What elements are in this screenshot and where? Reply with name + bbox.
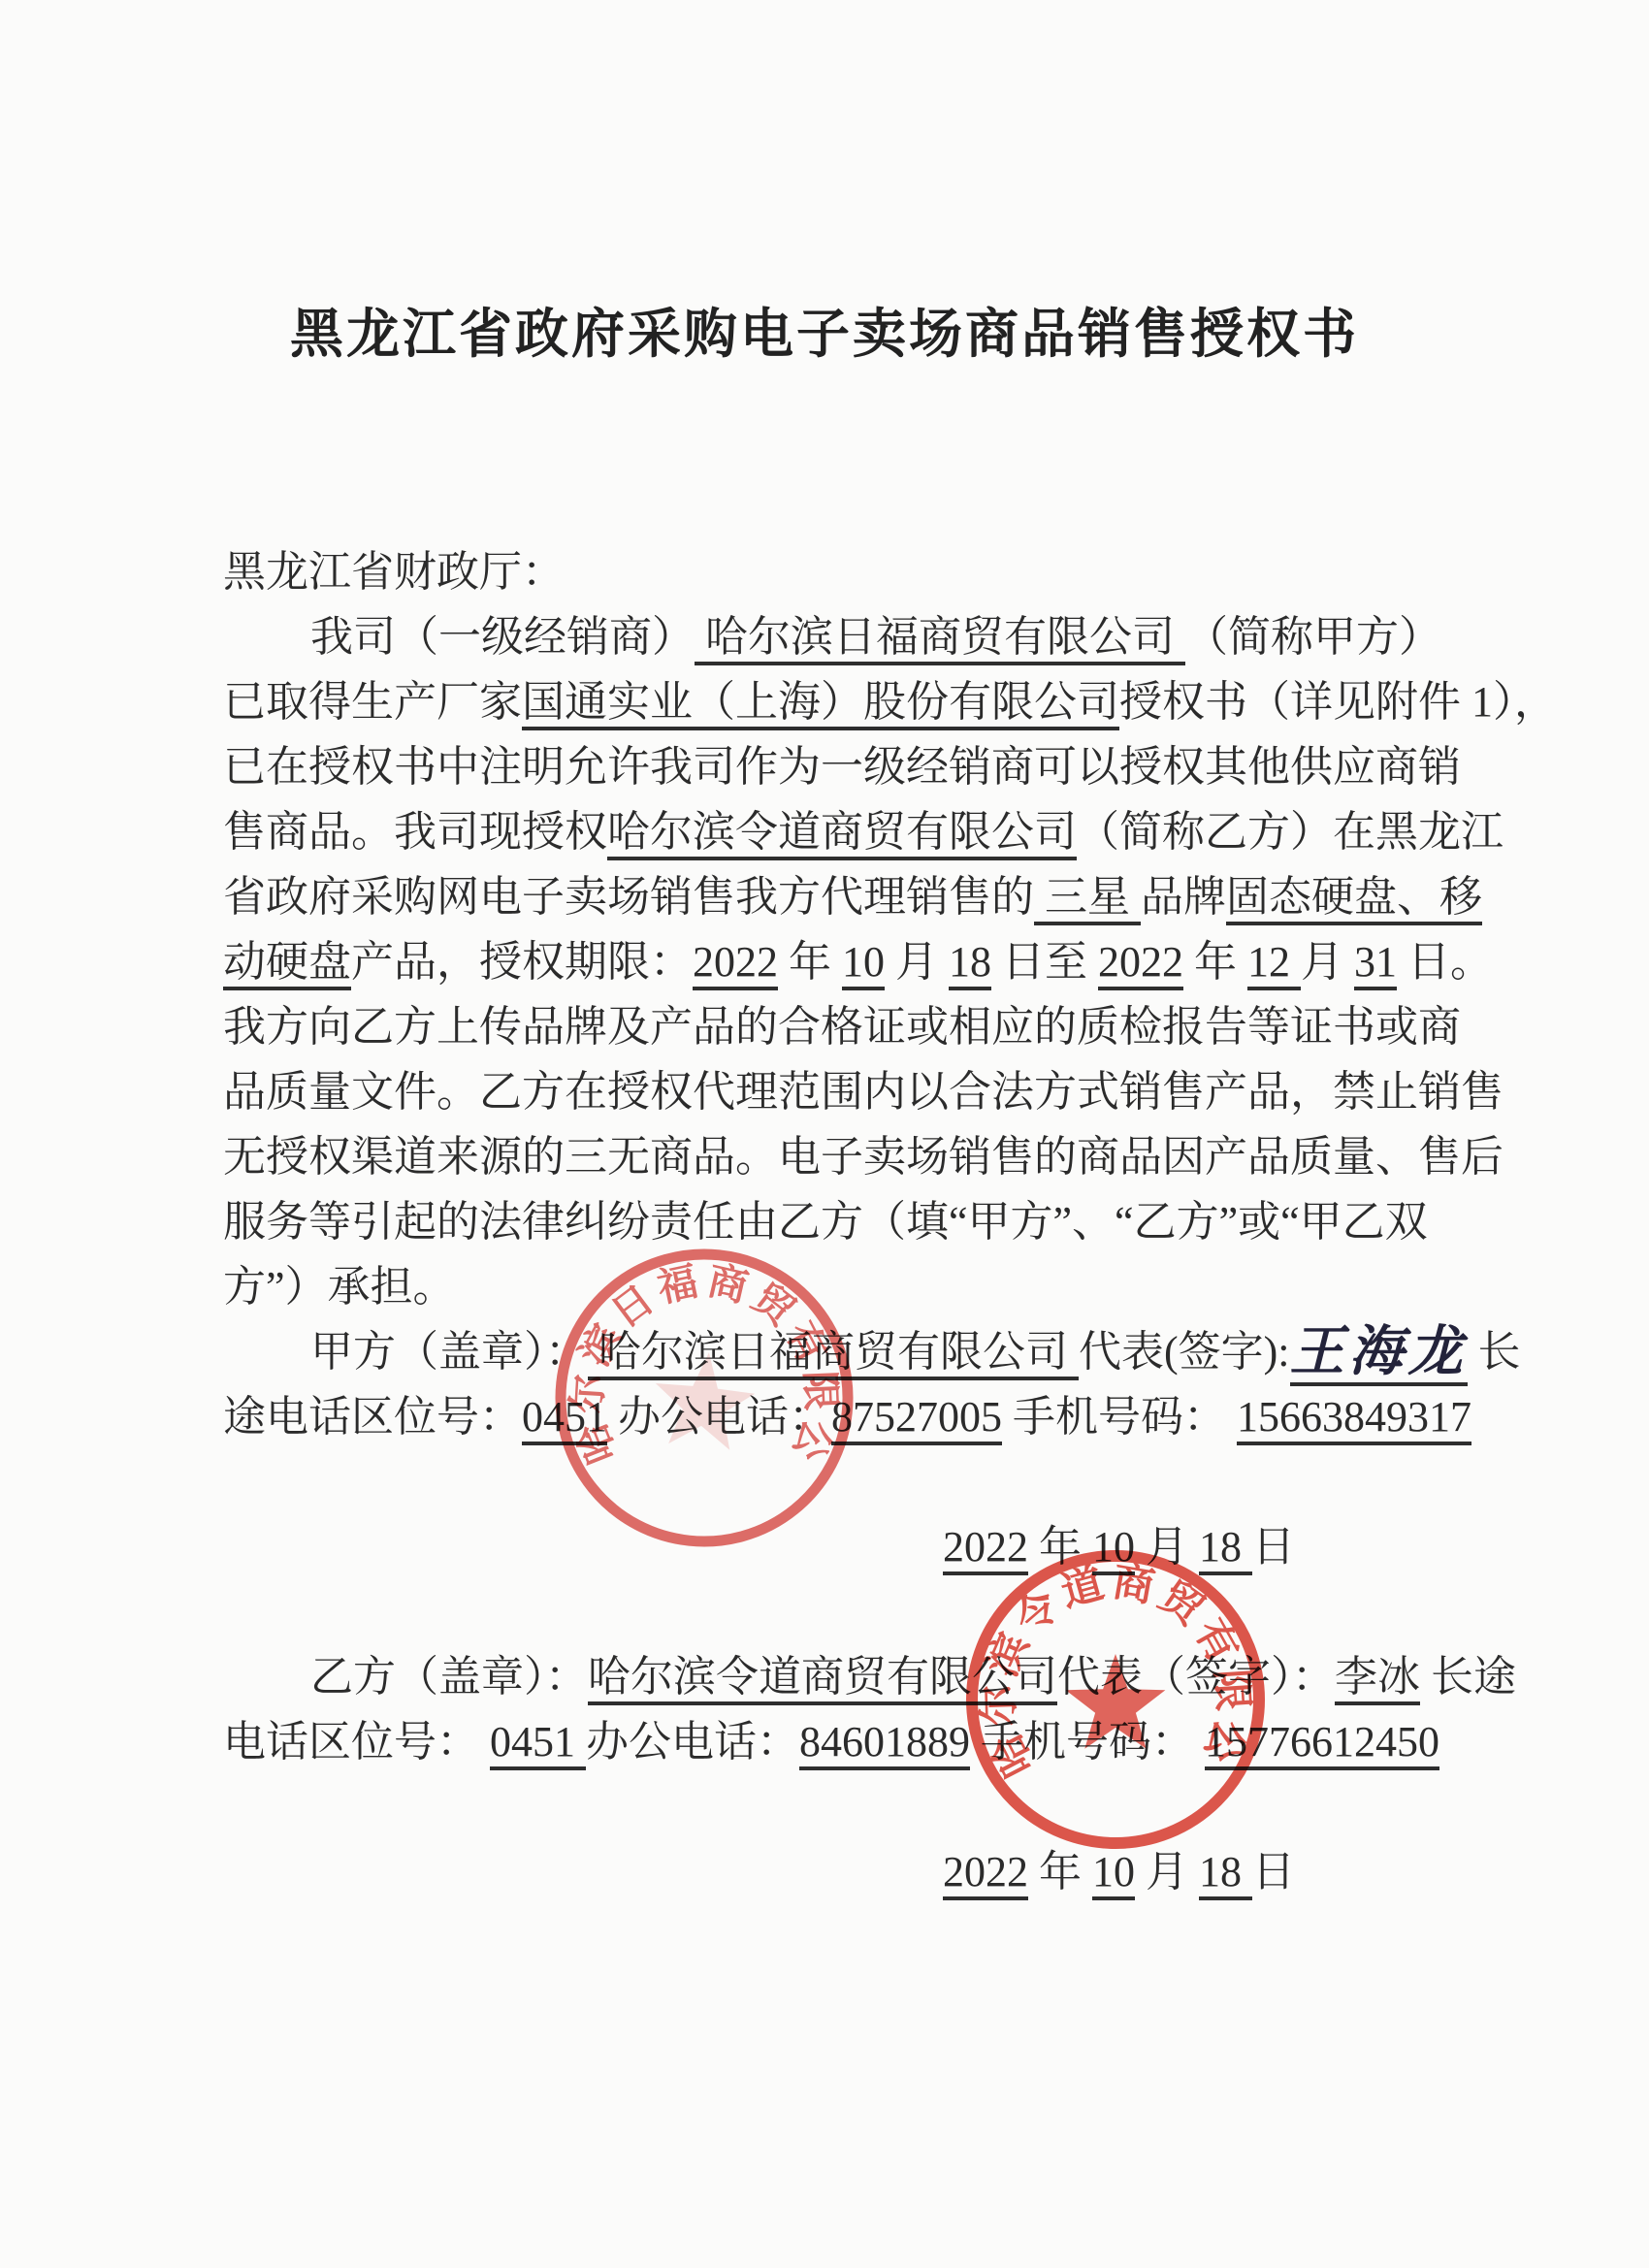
text-run: 年: [1028, 1848, 1092, 1895]
text-run: 我司（一级经销商）: [310, 613, 695, 661]
text-run: 日。: [1397, 938, 1493, 986]
para-line-8: 品质量文件。乙方在授权代理范围内以合法方式销售产品，禁止销售: [223, 1059, 1470, 1124]
scanned-document-page: 黑龙江省政府采购电子卖场商品销售授权书 黑龙江省财政厅：我司（一级经销商） 哈尔…: [0, 0, 1649, 2268]
filled-field: 0451: [522, 1393, 607, 1445]
text-run: 年: [1028, 1523, 1092, 1571]
text-run: 月: [1301, 938, 1354, 986]
filled-field: 10: [1092, 1848, 1135, 1900]
text-run: （简称乙方）在黑龙江: [1077, 808, 1503, 856]
filled-field: 10: [842, 938, 885, 990]
spacer: [223, 1774, 1470, 1839]
handwritten-signature: 王海龙: [1290, 1322, 1468, 1386]
party-a-signature-line: 甲方（盖章）： 哈尔滨日福商贸有限公司 代表(签字):王海龙 长: [223, 1319, 1470, 1384]
filled-field: 18: [1199, 1523, 1252, 1575]
para-line-1: 我司（一级经销商） 哈尔滨日福商贸有限公司 （简称甲方）: [223, 604, 1470, 669]
text-run: 办公电话：: [607, 1393, 831, 1441]
filled-field: 18: [1199, 1848, 1252, 1900]
filled-field: 15776612450: [1205, 1718, 1439, 1770]
text-run: 甲方（盖章）：: [310, 1328, 588, 1376]
party-a-contact-line: 途电话区位号：0451 办公电话：87527005 手机号码： 15663849…: [223, 1384, 1470, 1449]
text-run: 已取得生产厂家: [223, 678, 522, 726]
para-line-10: 服务等引起的法律纠纷责任由乙方（填“甲方”、“乙方”或“甲乙双: [223, 1189, 1470, 1254]
filled-field: 动硬盘: [223, 938, 351, 990]
filled-field: 国通实业（上海）股份有限公司: [522, 678, 1119, 730]
filled-field: 31: [1354, 938, 1397, 990]
party-b-date-line: 2022 年 10 月 18 日: [223, 1839, 1470, 1904]
spacer: [223, 1579, 1470, 1644]
text-run: 代表(签字):: [1079, 1328, 1290, 1376]
text-run: 黑龙江省财政厅：: [223, 548, 565, 596]
text-run: 产品，授权期限：: [351, 938, 693, 986]
filled-field: 15663849317: [1237, 1393, 1471, 1445]
filled-field: 固态硬盘、移: [1226, 873, 1482, 925]
para-line-11: 方”）承担。: [223, 1254, 1470, 1319]
para-line-7: 我方向乙方上传品牌及产品的合格证或相应的质检报告等证书或商: [223, 994, 1470, 1059]
filled-field: 三星: [1034, 873, 1141, 925]
text-run: 授权书（详见附件 1），: [1119, 678, 1557, 726]
text-run: 方”）承担。: [223, 1263, 456, 1311]
filled-field: 0451: [490, 1718, 586, 1770]
text-run: 月: [1135, 1523, 1199, 1571]
para-line-6: 动硬盘产品，授权期限：2022 年 10 月 18 日至 2022 年 12 月…: [223, 929, 1470, 994]
text-run: 日: [1252, 1523, 1295, 1571]
text-run: 手机号码：: [970, 1718, 1205, 1766]
filled-field: 10: [1092, 1523, 1135, 1575]
filled-field: 12: [1247, 938, 1301, 990]
para-line-9: 无授权渠道来源的三无商品。电子卖场销售的商品因产品质量、售后: [223, 1124, 1470, 1189]
text-run: 日至: [991, 938, 1098, 986]
text-run: 品牌: [1141, 873, 1226, 921]
para-line-5: 省政府采购网电子卖场销售我方代理销售的 三星 品牌固态硬盘、移: [223, 864, 1470, 929]
salutation: 黑龙江省财政厅：: [223, 539, 1470, 604]
text-run: 乙方（盖章）：: [310, 1653, 588, 1701]
para-line-2: 已取得生产厂家国通实业（上海）股份有限公司授权书（详见附件 1），: [223, 669, 1470, 734]
text-run: 代表（签字）：: [1057, 1653, 1335, 1701]
filled-field: 87527005: [831, 1393, 1002, 1445]
document-body: 黑龙江省财政厅：我司（一级经销商） 哈尔滨日福商贸有限公司 （简称甲方）已取得生…: [223, 539, 1470, 1904]
filled-field: 哈尔滨日福商贸有限公司: [588, 1328, 1079, 1380]
text-run: 已在授权书中注明允许我司作为一级经销商可以授权其他供应商销: [223, 743, 1461, 791]
spacer: [223, 1449, 1470, 1514]
text-run: 无授权渠道来源的三无商品。电子卖场销售的商品因产品质量、售后: [223, 1133, 1503, 1181]
filled-field: 18: [949, 938, 991, 990]
text-run: 售商品。我司现授权: [223, 808, 607, 856]
filled-field: 2022: [943, 1848, 1028, 1900]
text-run: 手机号码：: [1002, 1393, 1237, 1441]
text-run: 月: [1135, 1848, 1199, 1895]
party-b-contact-line: 电话区位号： 0451 办公电话：84601889 手机号码： 15776612…: [223, 1709, 1470, 1774]
text-run: 日: [1252, 1848, 1295, 1895]
text-run: 电话区位号：: [223, 1718, 490, 1766]
text-run: 年: [778, 938, 842, 986]
filled-field: 2022: [693, 938, 778, 990]
text-run: 品质量文件。乙方在授权代理范围内以合法方式销售产品，禁止销售: [223, 1068, 1503, 1116]
filled-field: 李冰: [1335, 1653, 1420, 1705]
filled-field: 哈尔滨令道商贸有限公司: [588, 1653, 1057, 1705]
text-run: （简称甲方）: [1185, 613, 1441, 661]
text-run: 途电话区位号：: [223, 1393, 522, 1441]
text-run: 长途: [1420, 1653, 1516, 1701]
text-run: 月: [885, 938, 949, 986]
filled-field: 2022: [1098, 938, 1183, 990]
filled-field: 2022: [943, 1523, 1028, 1575]
text-run: 年: [1183, 938, 1247, 986]
text-run: 省政府采购网电子卖场销售我方代理销售的: [223, 873, 1034, 921]
text-run: 长: [1468, 1328, 1521, 1376]
party-b-signature-line: 乙方（盖章）：哈尔滨令道商贸有限公司代表（签字）：李冰 长途: [223, 1644, 1470, 1709]
filled-field: 84601889: [799, 1718, 970, 1770]
text-run: 办公电话：: [586, 1718, 799, 1766]
text-run: 我方向乙方上传品牌及产品的合格证或相应的质检报告等证书或商: [223, 1003, 1461, 1051]
filled-field: 哈尔滨令道商贸有限公司: [607, 808, 1077, 860]
para-line-3: 已在授权书中注明允许我司作为一级经销商可以授权其他供应商销: [223, 734, 1470, 799]
document-title: 黑龙江省政府采购电子卖场商品销售授权书: [0, 291, 1649, 368]
filled-field: 哈尔滨日福商贸有限公司: [695, 613, 1185, 665]
para-line-4: 售商品。我司现授权哈尔滨令道商贸有限公司（简称乙方）在黑龙江: [223, 799, 1470, 864]
text-run: 服务等引起的法律纠纷责任由乙方（填“甲方”、“乙方”或“甲乙双: [223, 1198, 1428, 1246]
party-a-date-line: 2022 年 10 月 18 日: [223, 1514, 1470, 1579]
